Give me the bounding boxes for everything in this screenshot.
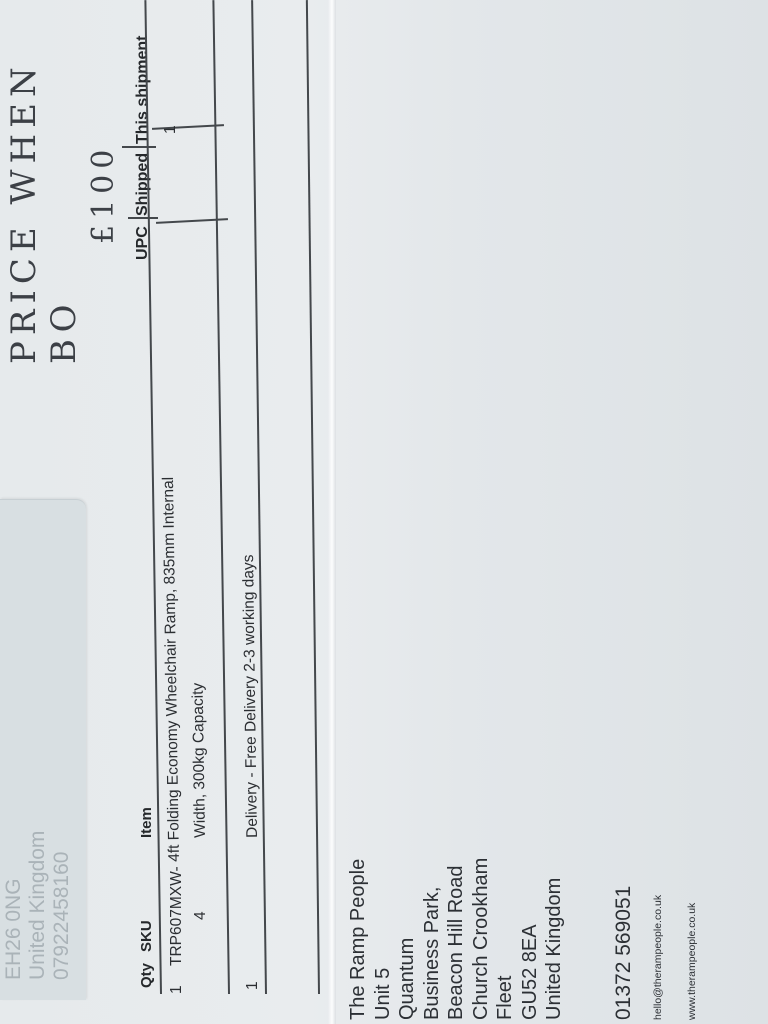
table-rule <box>251 0 266 994</box>
address-postcode: GU52 8EA <box>518 858 543 1020</box>
row1-sku-suffix: 4 <box>192 911 210 920</box>
address-line: Fleet <box>493 858 518 1020</box>
address-line: Quantum <box>395 858 420 1020</box>
row1-sku: TRP607MXW- <box>168 866 186 966</box>
header-item: Item <box>138 807 155 838</box>
recipient-address: EH26 0NG United Kingdom 07922458160 <box>2 760 74 980</box>
table-rule <box>306 0 320 994</box>
company-website: www.therampeople.co.uk <box>686 903 698 1020</box>
header-this-shipment: This shipment <box>134 36 152 144</box>
header-qty: Qty <box>138 963 155 988</box>
address-country: United Kingdom <box>542 858 567 1020</box>
table-rule <box>212 0 229 994</box>
row1-item: 4ft Folding Economy Wheelchair Ramp, 835… <box>160 477 184 862</box>
header-shipped: Shipped <box>134 153 152 216</box>
handwritten-price: £100 <box>84 0 124 364</box>
recipient-line: EH26 0NG <box>2 760 26 980</box>
fold-crease <box>328 0 336 1024</box>
address-line: Unit 5 <box>371 858 396 1020</box>
handwritten-note: PRICE WHEN BO £100 <box>4 0 124 364</box>
table-rule <box>144 0 161 994</box>
company-address: The Ramp People Unit 5 Quantum Business … <box>346 858 567 1020</box>
address-line: Business Park, <box>420 858 445 1020</box>
handwritten-line-1: PRICE WHEN BO <box>4 61 84 364</box>
recipient-line: United Kingdom <box>26 760 50 980</box>
row1-qty: 1 <box>168 985 186 994</box>
header-divider <box>128 218 158 220</box>
row1-this-shipment: 1 <box>162 125 180 134</box>
company-phone: 01372 569051 <box>612 886 636 1020</box>
delivery-note-page: EH26 0NG United Kingdom 07922458160 PRIC… <box>0 0 768 1024</box>
row2-qty: 1 <box>244 981 262 990</box>
header-divider <box>122 147 156 149</box>
header-sku: SKU <box>138 920 155 952</box>
company-name: The Ramp People <box>346 858 371 1020</box>
company-email: hello@therampeople.co.uk <box>652 895 664 1020</box>
address-line: Beacon Hill Road <box>444 858 469 1020</box>
address-line: Church Crookham <box>469 858 494 1020</box>
row1-item-cont: Width, 300kg Capacity <box>190 683 210 838</box>
recipient-phone: 07922458160 <box>50 760 74 980</box>
